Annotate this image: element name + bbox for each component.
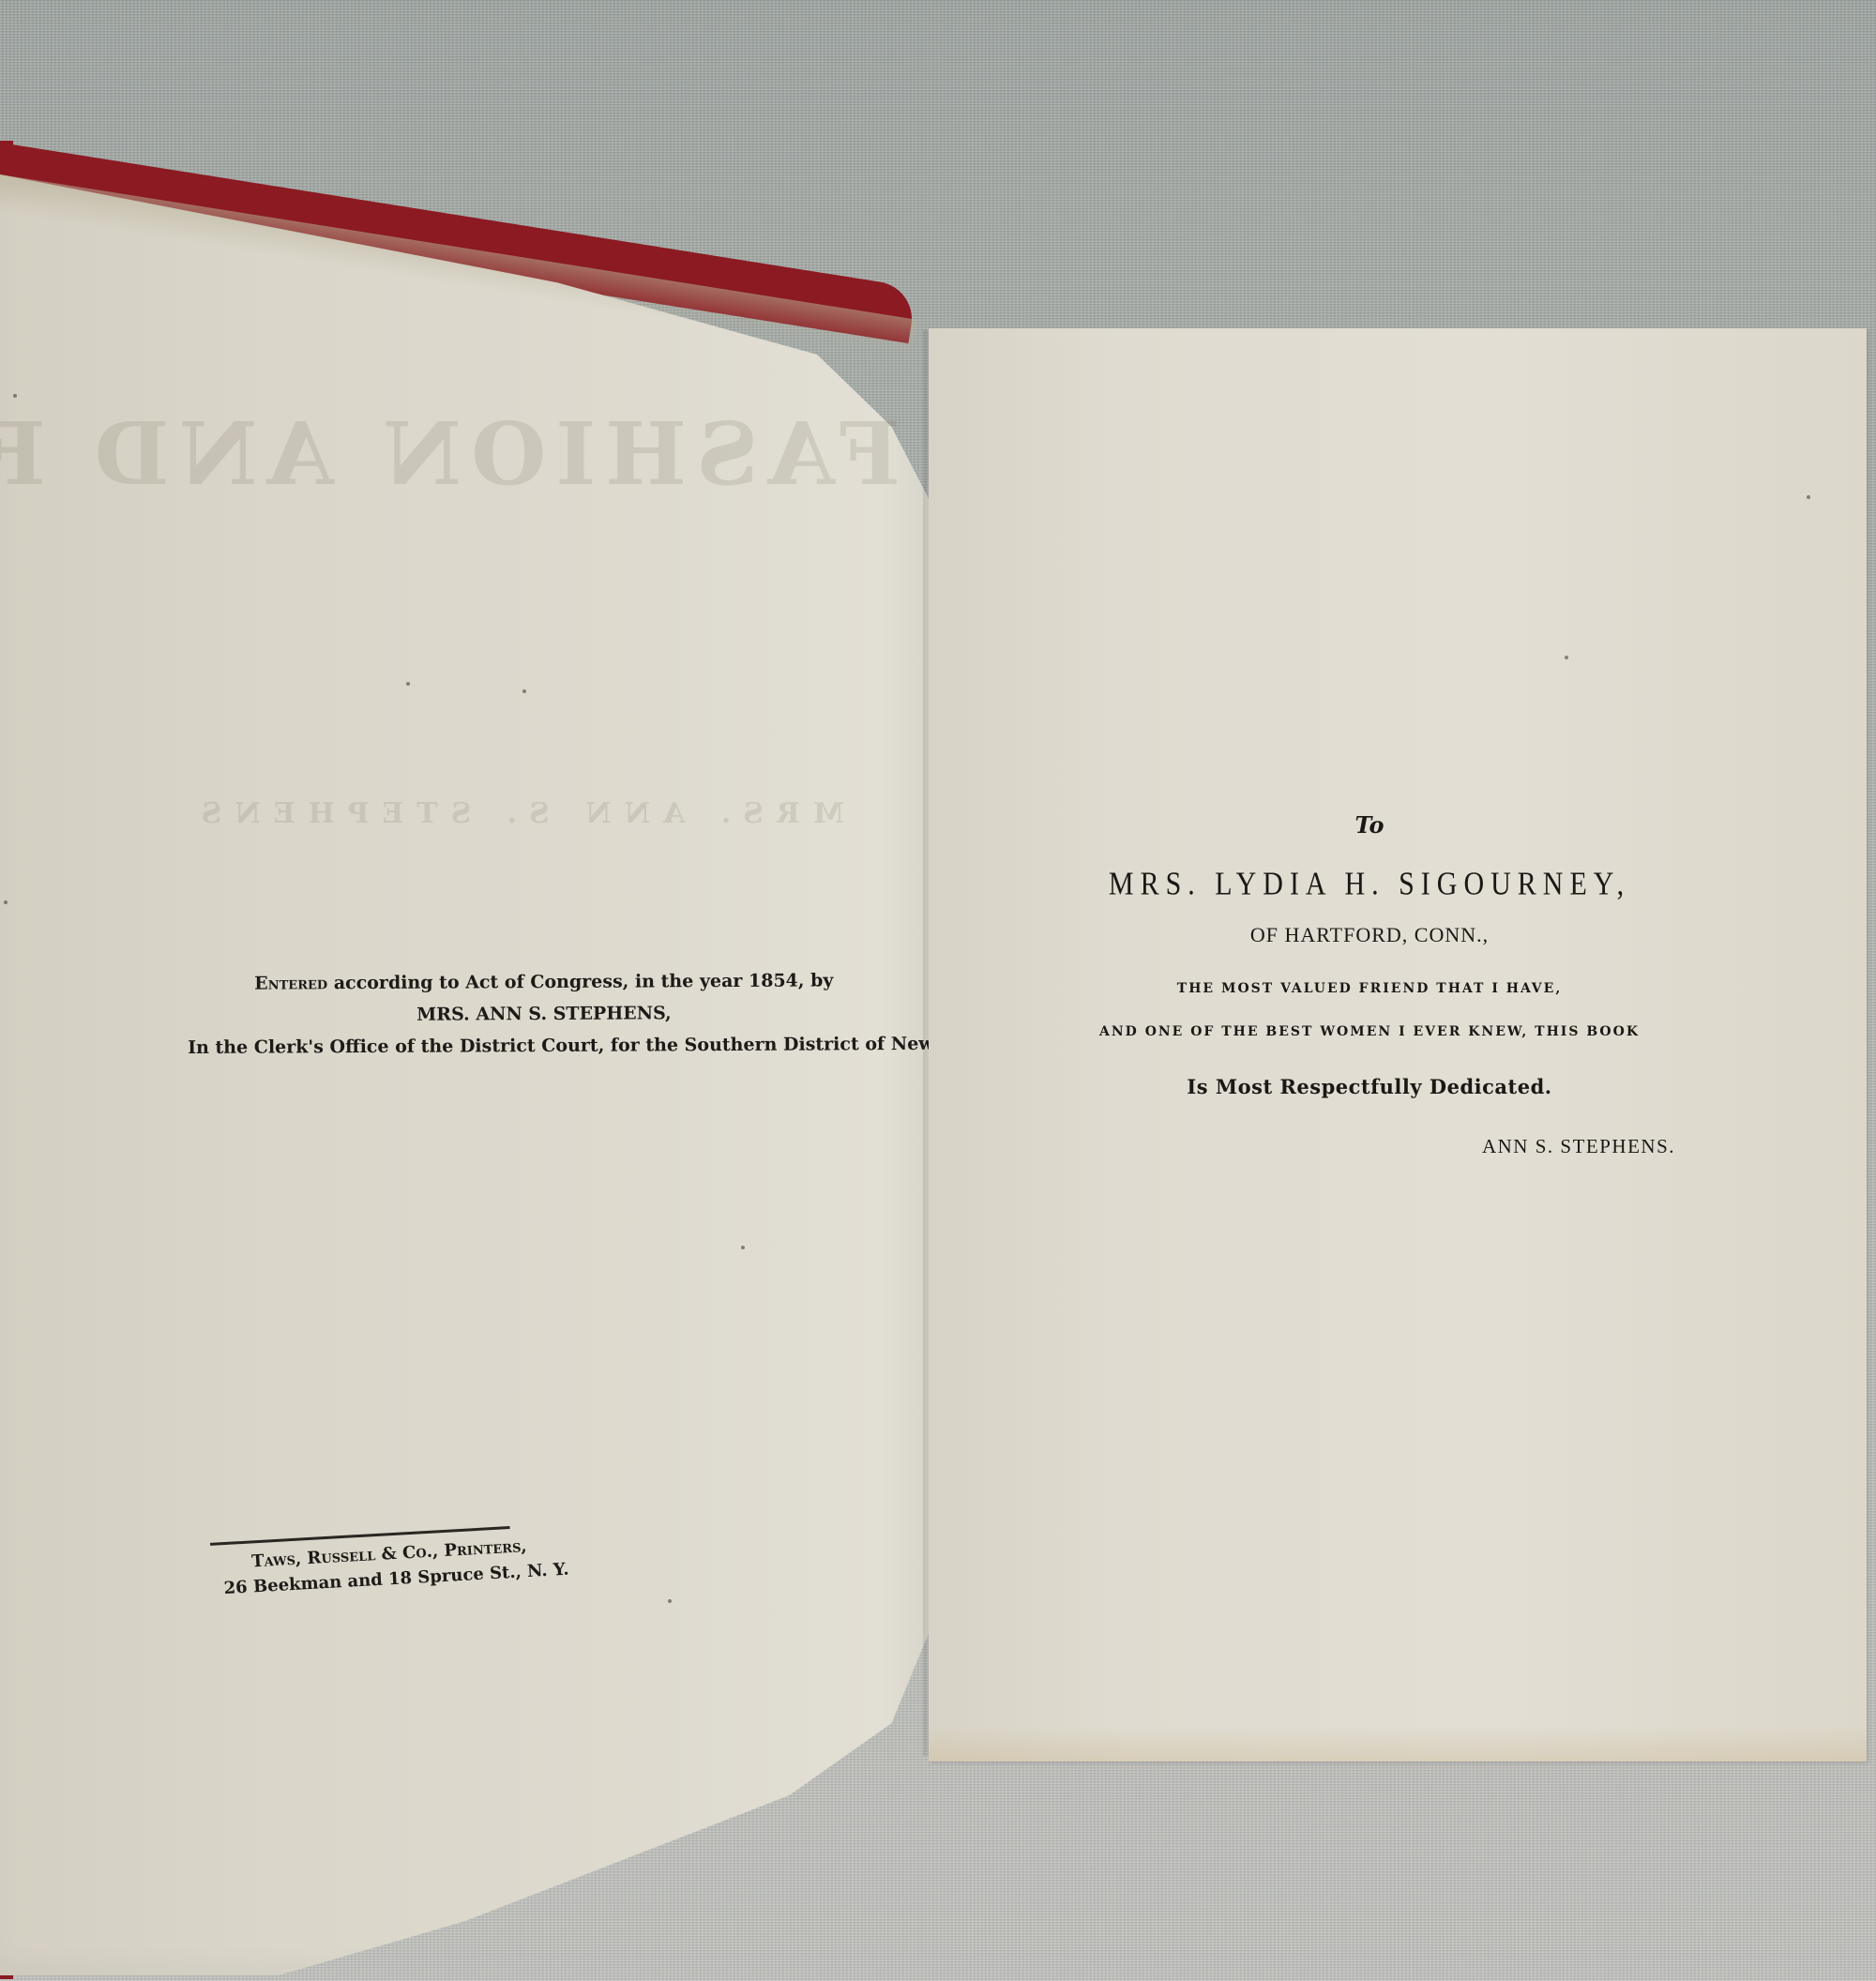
- copyright-line-3: In the Clerk's Office of the District Co…: [188, 1028, 900, 1064]
- copyright-author: MRS. ANN S. STEPHENS,: [188, 996, 900, 1032]
- copyright-entered-word: Entered: [254, 973, 327, 993]
- copyright-line-1: Entered according to Act of Congress, in…: [188, 964, 900, 1000]
- paper-speck: [522, 689, 526, 693]
- paper-speck: [668, 1599, 672, 1603]
- copyright-notice: Entered according to Act of Congress, in…: [188, 964, 901, 1064]
- copyright-line-1-text: according to Act of Congress, in the yea…: [327, 970, 833, 993]
- dedication-line-1: THE MOST VALUED FRIEND THAT I HAVE,: [1079, 978, 1660, 999]
- paper-speck: [1565, 656, 1568, 659]
- dedication-to: To: [1079, 811, 1660, 839]
- dedication-place: OF HARTFORD, CONN.,: [1079, 922, 1660, 948]
- dedication-respectfully: Is Most Respectfully Dedicated.: [1079, 1074, 1660, 1100]
- bleed-through-title: FASHION AND FAMINE: [188, 403, 900, 505]
- paper-speck: [1807, 495, 1810, 499]
- dedication-line-2: AND ONE OF THE BEST WOMEN I EVER KNEW, T…: [1041, 1021, 1698, 1042]
- bleed-through-author: MRS. ANN S. STEPHENS: [281, 797, 844, 830]
- right-page-foxing: [929, 1726, 1867, 1762]
- paper-speck: [4, 900, 8, 904]
- dedication-block: To MRS. LYDIA H. SIGOURNEY, OF HARTFORD,…: [1079, 811, 1660, 1158]
- paper-speck: [406, 682, 410, 686]
- paper-speck: [13, 394, 17, 398]
- dedication-name: MRS. LYDIA H. SIGOURNEY,: [1079, 865, 1660, 903]
- dedication-signature: ANN S. STEPHENS.: [1079, 1134, 1675, 1158]
- paper-speck: [741, 1246, 745, 1249]
